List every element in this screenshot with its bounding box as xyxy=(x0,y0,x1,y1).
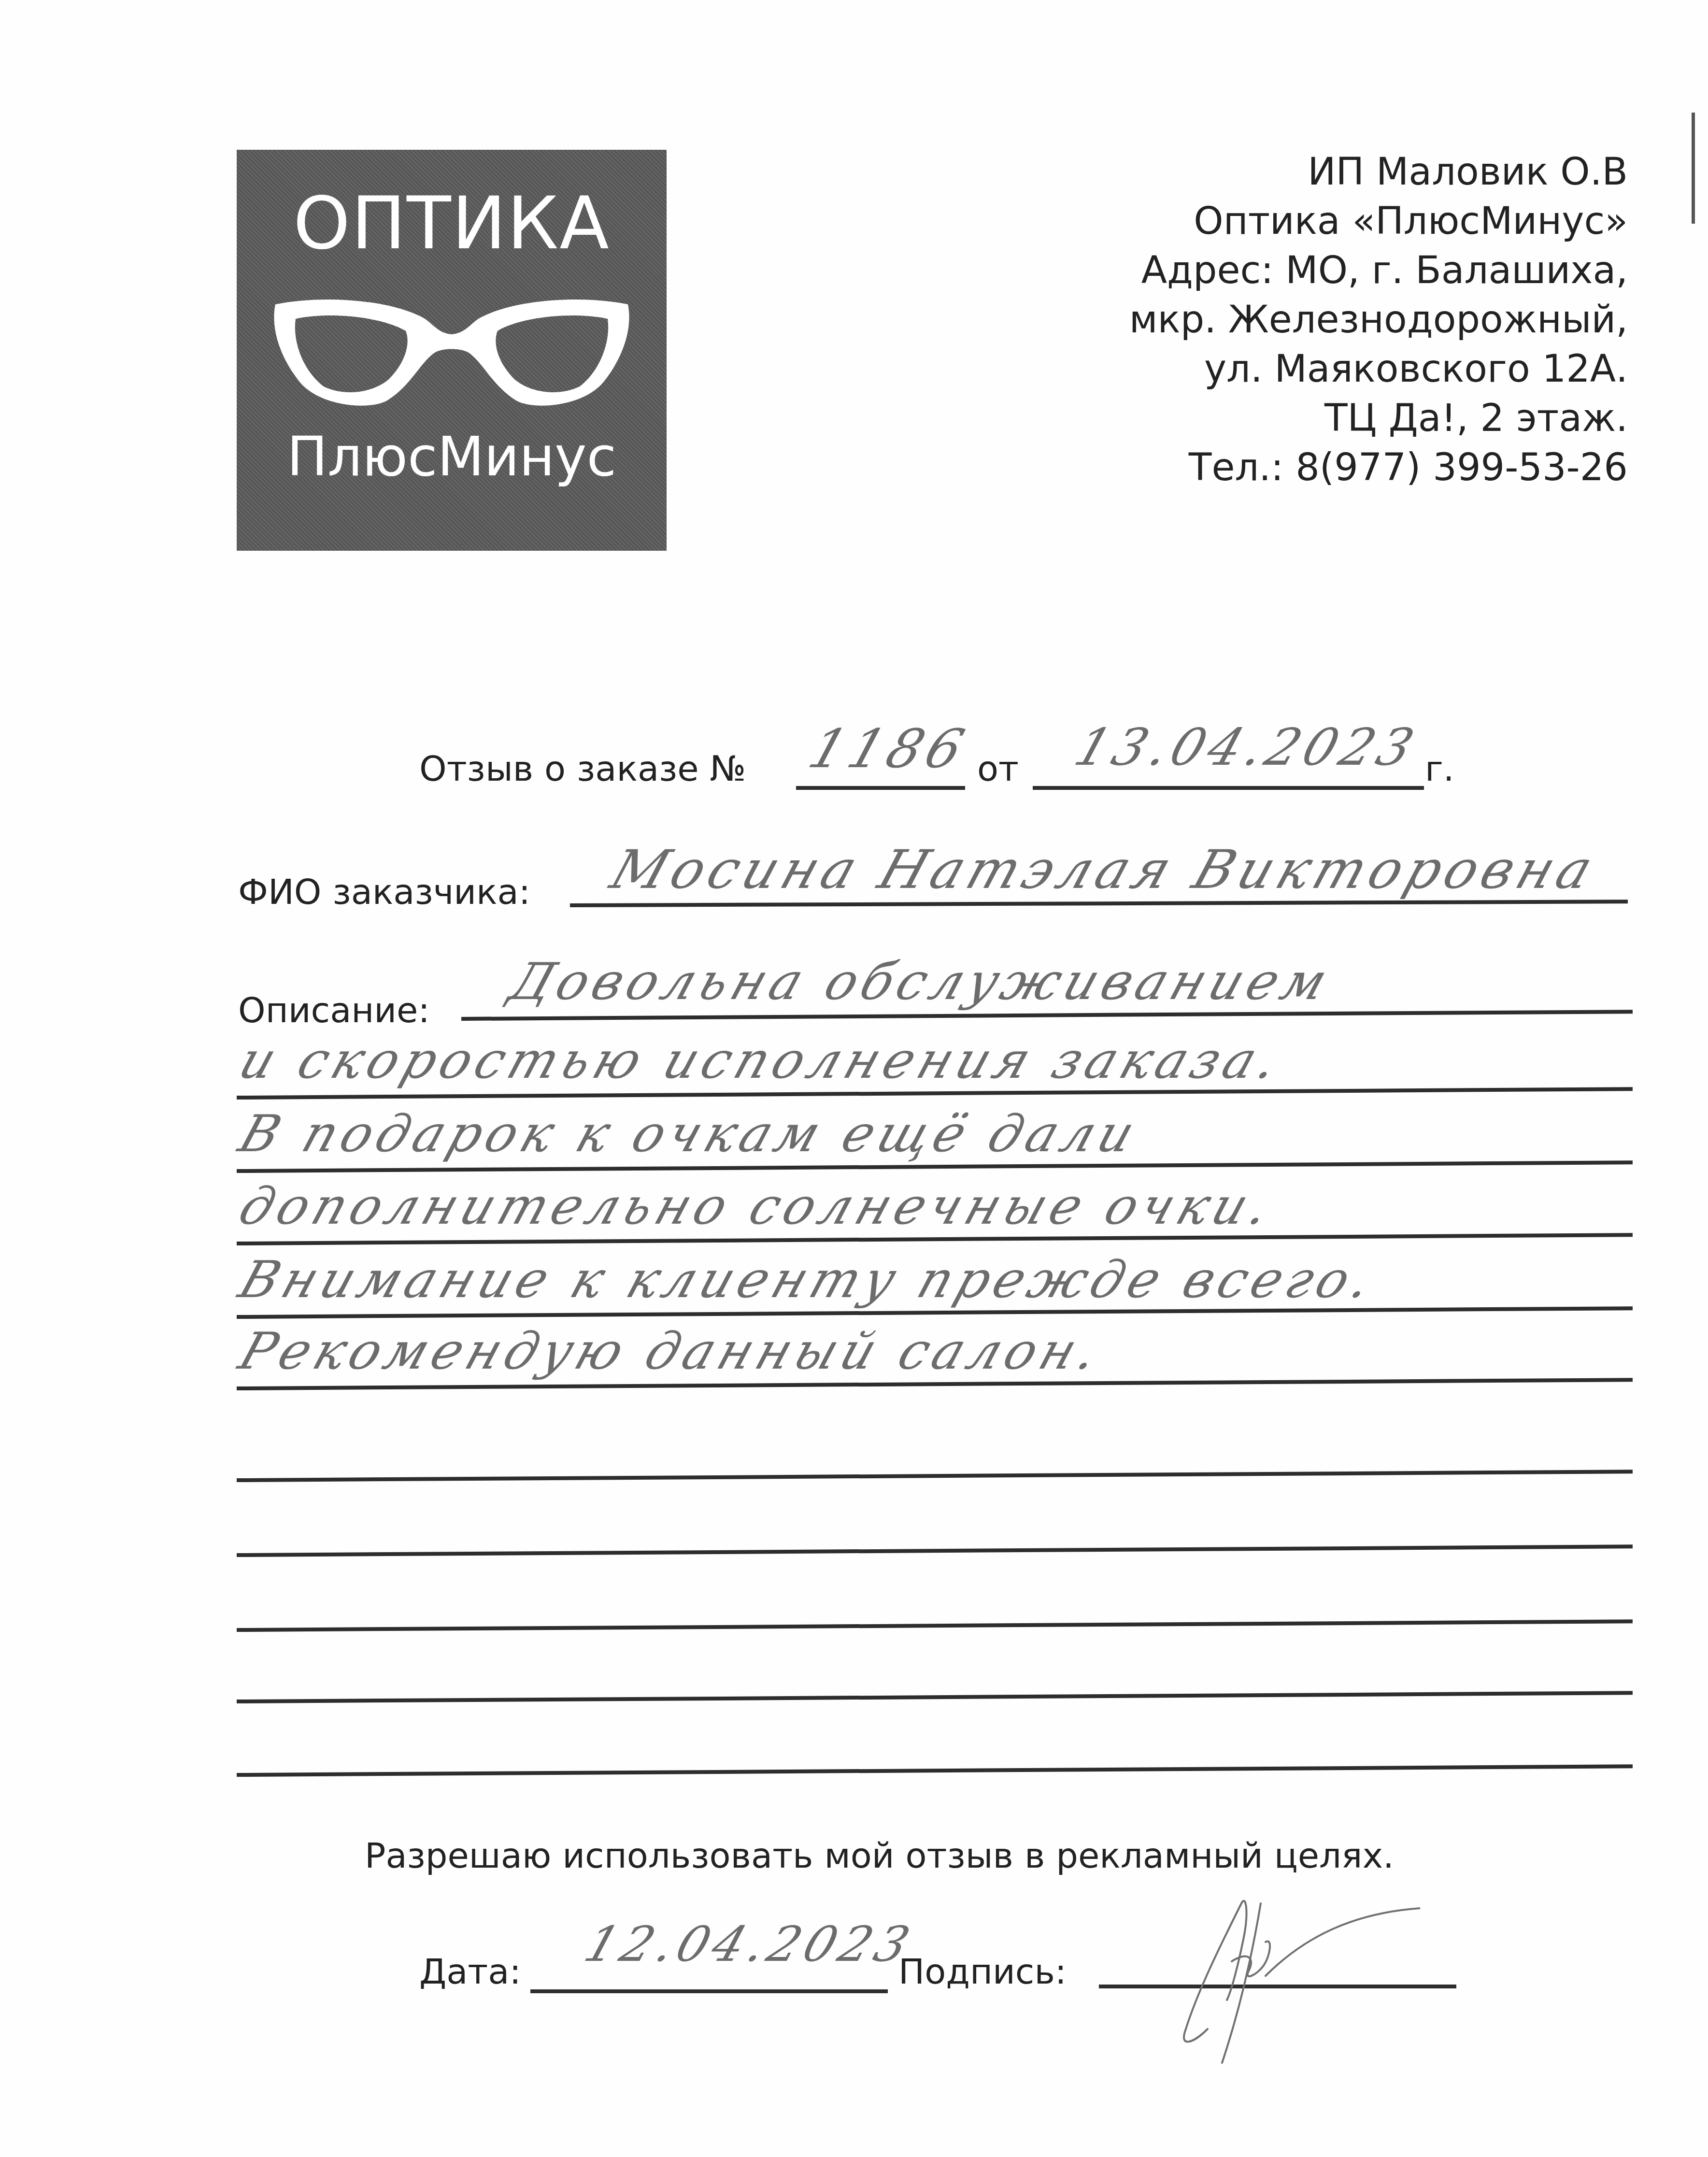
description-rule xyxy=(237,1544,1633,1557)
company-logo: ОПТИКА ПлюсМинус xyxy=(237,150,667,551)
review-form-page: ОПТИКА ПлюсМинус ИП Маловик О.В Оптика «… xyxy=(0,0,1708,2157)
description-rule xyxy=(237,1691,1633,1703)
description-line[interactable]: В подарок к очкам ещё дали xyxy=(233,1109,1145,1159)
company-name: Оптика «ПлюсМинус» xyxy=(1129,197,1628,246)
company-address-block: ИП Маловик О.В Оптика «ПлюсМинус» Адрес:… xyxy=(1129,147,1628,492)
customer-name-label: ФИО заказчика: xyxy=(238,874,530,909)
description-line[interactable]: и скоростью исполнения заказа. xyxy=(233,1035,1289,1086)
description-rule xyxy=(237,1764,1633,1777)
date-field[interactable]: 12.04.2023 xyxy=(579,1920,920,1969)
description-rule xyxy=(237,1619,1633,1632)
description-rule xyxy=(237,1470,1633,1482)
logo-title: ОПТИКА xyxy=(237,187,667,260)
company-phone: Тел.: 8(977) 399-53-26 xyxy=(1129,443,1628,492)
glasses-icon xyxy=(266,290,638,415)
scan-edge-mark xyxy=(1692,113,1695,224)
from-label: от xyxy=(977,751,1019,786)
date-line xyxy=(530,1989,888,1993)
order-number-field[interactable]: 1186 xyxy=(803,722,975,775)
description-line[interactable]: дополнительно солнечные очки. xyxy=(233,1181,1281,1232)
address-line-4: ТЦ Да!, 2 этаж. xyxy=(1129,394,1628,443)
date-label: Дата: xyxy=(419,1954,521,1989)
description-rule xyxy=(461,1010,1633,1021)
signature-icon[interactable] xyxy=(1150,1884,1420,2068)
order-number-line xyxy=(796,786,965,790)
consent-text: Разрешаю использовать мой отзыв в реклам… xyxy=(365,1838,1394,1873)
company-owner: ИП Маловик О.В xyxy=(1129,147,1628,197)
address-line-1: Адрес: МО, г. Балашиха, xyxy=(1129,246,1628,295)
description-label: Описание: xyxy=(238,993,430,1028)
description-line[interactable]: Рекомендую данный салон. xyxy=(233,1326,1109,1377)
address-line-3: ул. Маяковского 12А. xyxy=(1129,344,1628,394)
order-date-field[interactable]: 13.04.2023 xyxy=(1069,722,1424,773)
review-order-label: Отзыв о заказе № xyxy=(419,751,746,786)
description-line[interactable]: Внимание к клиенту прежде всего. xyxy=(233,1255,1382,1305)
signature-label: Подпись: xyxy=(898,1954,1067,1989)
address-line-2: мкр. Железнодорожный, xyxy=(1129,295,1628,344)
description-line[interactable]: Довольна обслуживанием xyxy=(504,957,1338,1007)
customer-name-field[interactable]: Мосина Натэлая Викторовна xyxy=(605,843,1604,896)
year-suffix: г. xyxy=(1425,751,1454,786)
order-date-line xyxy=(1033,786,1424,790)
logo-subtitle: ПлюсМинус xyxy=(237,430,667,484)
customer-name-line xyxy=(570,900,1628,907)
